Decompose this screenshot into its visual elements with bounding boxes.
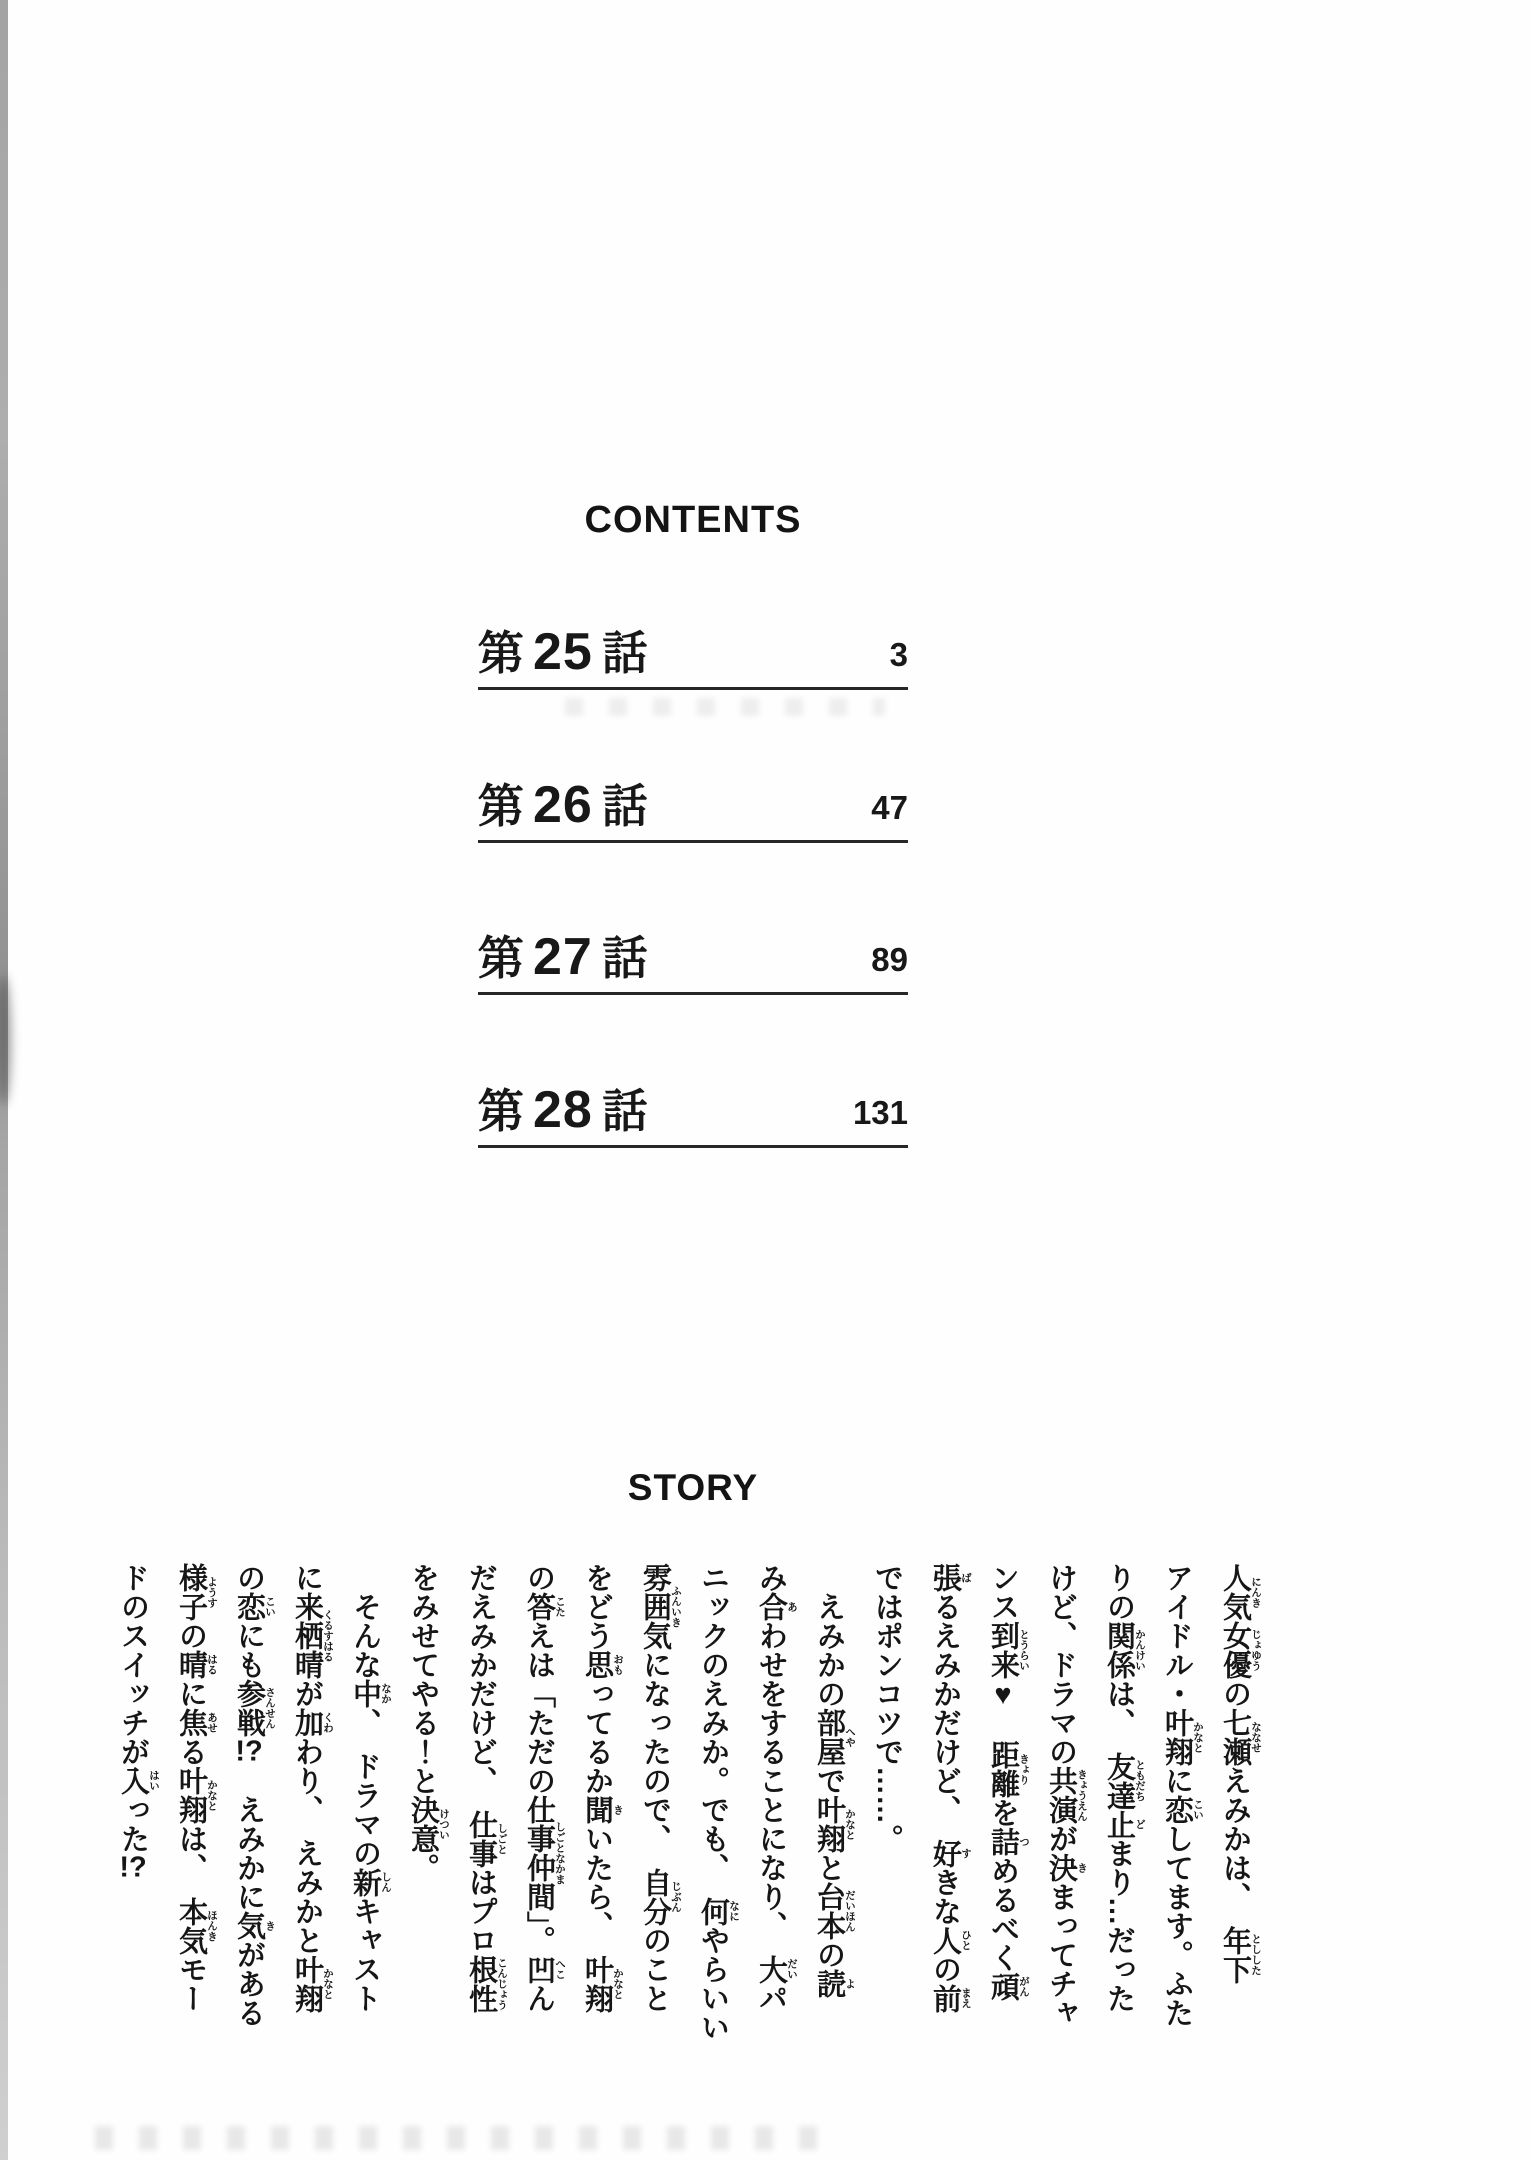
chapter-suffix: 話 bbox=[602, 932, 648, 984]
page-number: 47 bbox=[871, 791, 908, 840]
toc-row-chapter-28: 第28話 131 bbox=[478, 1067, 908, 1148]
chapter-suffix: 話 bbox=[602, 780, 648, 832]
story-column: をみせてやる！と決意けつい。 bbox=[394, 1563, 452, 2108]
story-column: ニックのえみか。でも、 何なにやらいい bbox=[684, 1563, 742, 2108]
scan-smudge-artifact bbox=[0, 975, 11, 1105]
chapter-prefix: 第 bbox=[478, 1085, 524, 1137]
toc-row-chapter-26: 第26話 47 bbox=[478, 762, 908, 843]
chapter-number: 25 bbox=[533, 623, 593, 681]
chapter-number: 28 bbox=[533, 1081, 593, 1139]
toc-row-chapter-27: 第27話 89 bbox=[478, 914, 908, 995]
story-column: えみかの部屋へやで叶翔かなとと台本だいほんの読よ bbox=[800, 1563, 858, 2108]
chapter-prefix: 第 bbox=[478, 932, 524, 984]
page-number: 89 bbox=[871, 943, 908, 992]
story-title: STORY bbox=[478, 1468, 908, 1509]
page-number: 131 bbox=[853, 1096, 908, 1145]
story-column: だえみかだけど、 仕事しごとはプロ根性こんじょう bbox=[452, 1563, 510, 2108]
chapter-label: 第28話 bbox=[478, 1084, 648, 1145]
story-column: そんな中なか、 ドラマの新しんキャスト bbox=[336, 1563, 394, 2108]
story-column: ではポンコツで……。 bbox=[858, 1563, 916, 2108]
story-column: 人気にんき女優じょゆうの七瀬ななせえみかは、 年下としした bbox=[1206, 1563, 1264, 2108]
story-column: アイドル・叶翔かなとに恋こいしてます。ふた bbox=[1148, 1563, 1206, 2108]
chapter-suffix: 話 bbox=[602, 627, 648, 679]
toc-page: CONTENTS 第25話 3 第26話 47 第27話 89 第28話 131… bbox=[0, 0, 1530, 2160]
page-number: 3 bbox=[890, 638, 908, 687]
chapter-label: 第25話 bbox=[478, 626, 648, 687]
bleed-through-artifact bbox=[95, 2126, 825, 2150]
chapter-suffix: 話 bbox=[602, 1085, 648, 1137]
story-column: み合あわせをすることになり、 大だいパ bbox=[742, 1563, 800, 2108]
chapter-prefix: 第 bbox=[478, 780, 524, 832]
chapter-number: 26 bbox=[533, 776, 593, 834]
chapter-label: 第26話 bbox=[478, 779, 648, 840]
story-column: をどう思おもってるか聞きいたら、 叶翔かなと bbox=[568, 1563, 626, 2108]
story-synopsis: 人気にんき女優じょゆうの七瀬ななせえみかは、 年下としした アイドル・叶翔かなと… bbox=[104, 1563, 1264, 2108]
chapter-label: 第27話 bbox=[478, 931, 648, 992]
chapter-number: 27 bbox=[533, 928, 593, 986]
story-column: 雰囲気ふんいきになったので、 自分じぶんのこと bbox=[626, 1563, 684, 2108]
story-column: ドのスイッチが入はいった!? bbox=[104, 1563, 162, 2108]
story-column: 様子ようすの晴はるに焦あせる叶翔かなとは、 本気ほんきモー bbox=[162, 1563, 220, 2108]
chapter-prefix: 第 bbox=[478, 627, 524, 679]
toc-row-chapter-25: 第25話 3 bbox=[478, 609, 908, 690]
story-column: に来栖晴くるすはるが加くわわり、 えみかと叶翔かなと bbox=[278, 1563, 336, 2108]
contents-title: CONTENTS bbox=[478, 500, 908, 542]
story-column: 張ばるえみかだけど、 好すきな人ひとの前まえ bbox=[916, 1563, 974, 2108]
story-column: の恋こいにも参戦さんせん!? えみかに気きがある bbox=[220, 1563, 278, 2108]
story-column: の答こたえは「ただの仕事仲間しごとなかま」。凹へこん bbox=[510, 1563, 568, 2108]
story-column: ンス到来とうらい♥ 距離きょりを詰つめるべく頑がん bbox=[974, 1563, 1032, 2108]
bleed-through-artifact bbox=[565, 698, 885, 716]
story-column: りの関係かんけいは、 友達ともだち止どまり…だった bbox=[1090, 1563, 1148, 2108]
story-column: けど、ドラマの共演きょうえんが決きまってチャ bbox=[1032, 1563, 1090, 2108]
